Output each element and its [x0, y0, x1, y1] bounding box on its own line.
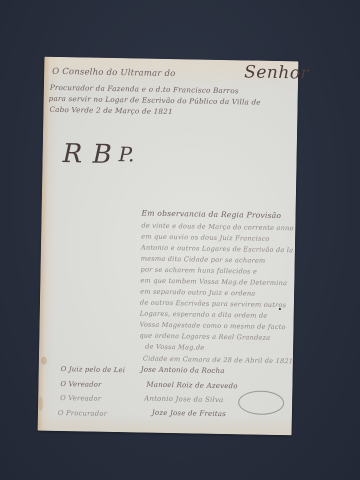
body-line: Logares, esperando a dita ordem de: [140, 309, 268, 319]
body-line: por se acharem huns fallecidos e: [140, 266, 257, 276]
signature-flourish: [238, 390, 284, 415]
paper-stain: [38, 397, 43, 411]
signature-role: O Vereador: [60, 394, 101, 403]
header-line: O Conselho do Ultramar do: [52, 67, 175, 79]
header-line: Cabo Verde 2 de Março de 1821: [49, 105, 172, 116]
body-line: mesma dita Cidade por se acharem: [141, 255, 266, 265]
paper-stain: [41, 357, 47, 365]
manuscript-page: Senhor O Conselho do Ultramar do Procura…: [38, 57, 299, 436]
body-line: de outros Escrivães para servirem outros: [140, 298, 286, 309]
signature-role: O Vereador: [60, 380, 101, 389]
body-line: em que tambem Vossa Mag.de Determina: [140, 277, 287, 288]
body-line: Antonio e outros Logares de Escrivão da …: [141, 244, 293, 255]
body-line: Vossa Magestade como o mesmo de facto: [139, 320, 285, 331]
signature-role: O Procurador: [58, 409, 107, 418]
body-line: de Vossa Mag.de: [145, 343, 204, 352]
salutation: Senhor: [244, 62, 309, 83]
signature-name: Manoel Roiz de Azevedo: [146, 381, 237, 391]
initial-2: B: [92, 140, 112, 170]
signature-role: O Juiz pelo de Lei: [61, 365, 126, 374]
body-line: em que ouvio os dous Juiz Francisco: [141, 233, 270, 243]
body-line: Em observancia da Regia Provisão: [142, 209, 282, 221]
initial-3: P.: [118, 142, 134, 166]
body-line: de vinte e dous de Março do corrente ann…: [141, 222, 293, 233]
signature-name: Antonio Jose da Silva: [144, 395, 223, 404]
signature-name: Jose Antonio da Rocha: [141, 366, 225, 376]
body-line: Cidade em Camara de 28 de Abril de 1821: [143, 355, 293, 366]
ink-dot: [279, 308, 281, 310]
body-line: que ordena Logares a Real Grandeza: [139, 331, 270, 341]
body-line: em separado outro Juiz e ordena: [140, 287, 255, 297]
initial-1: R: [62, 139, 82, 169]
signature-name: Joze Jose de Freitas: [152, 409, 226, 418]
